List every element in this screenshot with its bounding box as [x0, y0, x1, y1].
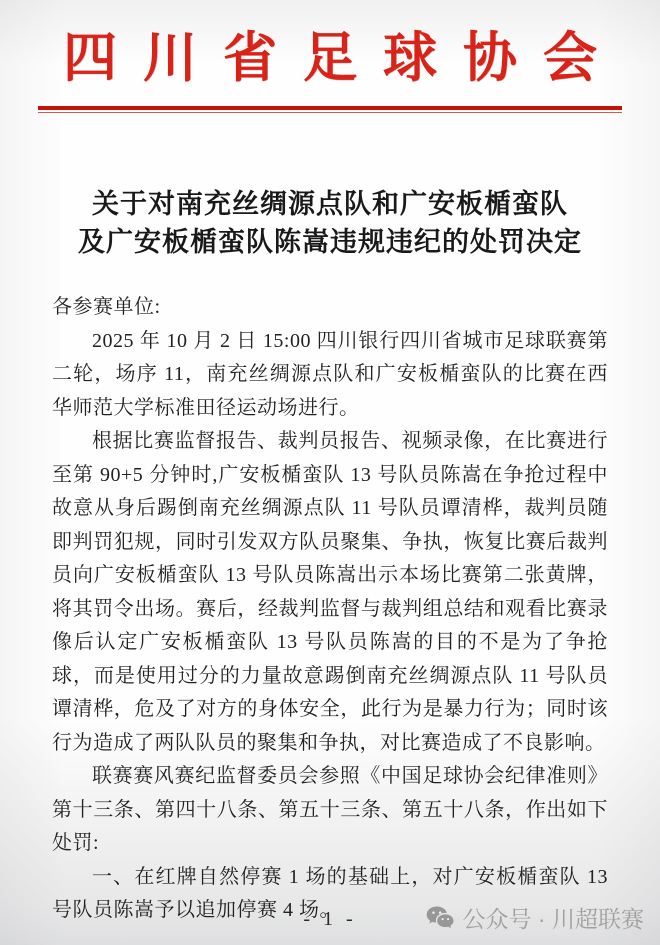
doc-body: 各参赛单位: 2025 年 10 月 2 日 15:00 四川银行四川省城市足球… [52, 291, 608, 928]
watermark: 公众号 · 川超联赛 [426, 901, 644, 934]
paragraph-incident: 根据比赛监督报告、裁判员报告、视频录像，在比赛进行至第 90+5 分钟时,广安板… [52, 425, 608, 760]
org-title: 四川省足球协会 [0, 0, 660, 88]
header-rule [38, 106, 622, 113]
document-page: 四川省足球协会 关于对南充丝绸源点队和广安板楯蛮队 及广安板楯蛮队陈嵩违规违纪的… [0, 0, 660, 945]
paragraph-rules-reference: 联赛赛风赛纪监督委员会参照《中国足球协会纪律准则》第十三条、第四十八条、第五十三… [52, 760, 608, 861]
wechat-icon [426, 905, 456, 931]
doc-title-line2: 及广安板楯蛮队陈嵩违规违纪的处罚决定 [30, 223, 630, 261]
doc-title: 关于对南充丝绸源点队和广安板楯蛮队 及广安板楯蛮队陈嵩违规违纪的处罚决定 [30, 185, 630, 261]
paragraph-match-info: 2025 年 10 月 2 日 15:00 四川银行四川省城市足球联赛第二轮，场… [52, 325, 608, 426]
doc-title-line1: 关于对南充丝绸源点队和广安板楯蛮队 [30, 185, 630, 223]
watermark-text: 公众号 · 川超联赛 [463, 901, 644, 934]
salutation: 各参赛单位: [52, 291, 608, 325]
